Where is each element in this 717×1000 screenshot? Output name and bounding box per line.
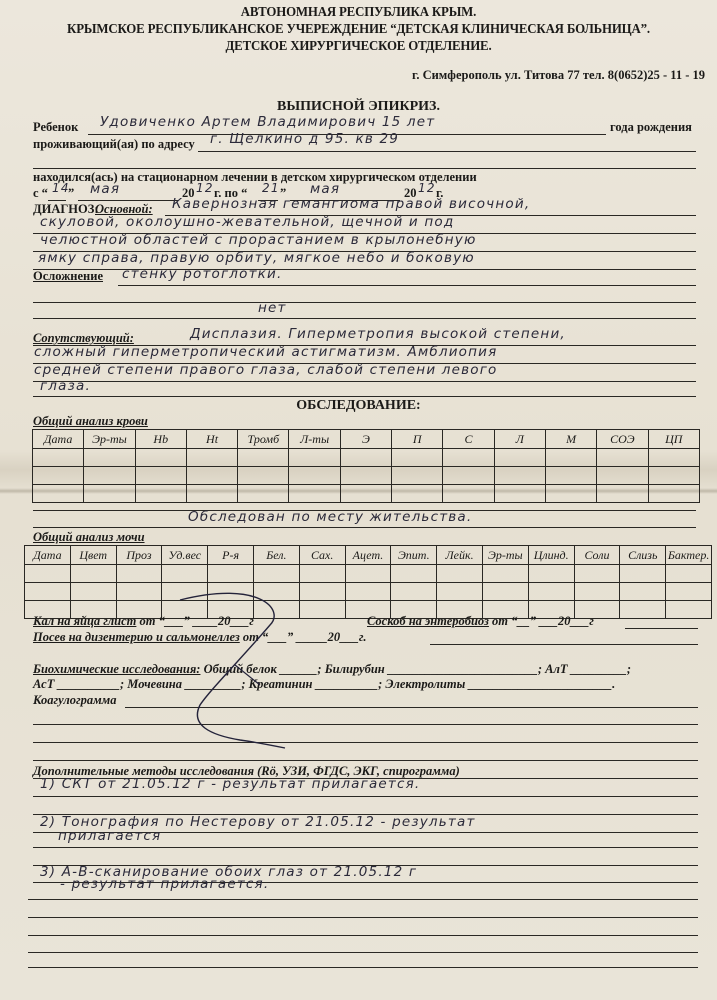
blood-cell[interactable] [135,485,186,503]
urine-col-header: Слизь [620,546,666,565]
biochem-row-1: Биохимические исследования: Общий белок … [33,662,631,677]
urine-cell[interactable] [299,565,345,583]
urine-col-header: Соли [574,546,620,565]
urine-col-header: Р-я [208,546,254,565]
culture-test[interactable]: Посев на дизентерию и сальмонеллез от “_… [33,630,366,645]
blood-col-header: СОЭ [597,430,648,449]
address-value[interactable]: г. Щелкино д 95. кв 29 [210,131,399,147]
blood-col-header: Ht [186,430,237,449]
blood-cell[interactable] [84,467,135,485]
blood-cell[interactable] [186,449,237,467]
urine-cell[interactable] [666,583,712,601]
blood-cell[interactable] [33,467,84,485]
urine-cell[interactable] [299,601,345,619]
urine-col-header: Проз [116,546,162,565]
urine-analysis-table: ДатаЦветПрозУд.весР-яБел.Сах.Ацет.Эпит.Л… [24,545,712,619]
urine-col-header: Эр-ты [482,546,528,565]
urine-col-header: Бел. [253,546,299,565]
urine-col-header: Дата [25,546,71,565]
stay-to-year[interactable]: 12 [418,181,436,195]
blood-cell[interactable] [392,467,443,485]
child-label: Ребенок [33,120,78,135]
blood-cell[interactable] [135,467,186,485]
address-line-2 [33,168,696,169]
complication-label: Осложнение [33,269,103,284]
document-title: ВЫПИСНОЙ ЭПИКРИЗ. [0,99,717,115]
blood-cell[interactable] [289,467,340,485]
urine-cell[interactable] [116,583,162,601]
blood-cell[interactable] [443,485,494,503]
blood-note[interactable]: Обследован по месту жительства. [188,509,472,525]
urine-cell[interactable] [116,565,162,583]
complication-value[interactable]: нет [258,300,287,316]
blood-cell[interactable] [238,449,289,467]
urine-cell[interactable] [620,583,666,601]
blood-cell[interactable] [84,485,135,503]
additional-line-1[interactable]: 1) СКТ от 21.05.12 г - результат прилага… [40,776,420,792]
blood-cell[interactable] [33,485,84,503]
blood-cell[interactable] [186,485,237,503]
address-label: проживающий(ая) по адресу [33,137,195,152]
scraping-test[interactable]: Соскоб на энтеробиоз от “__” ___20___г [367,614,594,629]
urine-cell[interactable] [299,583,345,601]
diagnosis-main-line-2[interactable]: скуловой, околоушно-жевательной, щечной … [40,214,454,230]
urine-cell[interactable] [574,583,620,601]
urine-cell[interactable] [574,565,620,583]
stay-from-prefix: с “ [33,186,48,201]
blood-analysis-table: ДатаЭр-тыHbHtТромбЛ-тыЭПСЛМСОЭЦП [32,429,700,503]
stay-from-year[interactable]: 12 [196,181,214,195]
blood-cell[interactable] [494,485,545,503]
blood-cell[interactable] [340,467,391,485]
hospital-address: г. Симферополь ул. Титова 77 тел. 8(0652… [412,68,705,83]
diagnosis-main-line-4[interactable]: ямку справа, правую орбиту, мягкое небо … [38,250,475,266]
blood-cell[interactable] [648,449,699,467]
blood-cell[interactable] [648,467,699,485]
additional-line-3[interactable]: прилагается [58,828,161,844]
blood-col-header: Hb [135,430,186,449]
blood-col-header: Тромб [238,430,289,449]
blood-cell[interactable] [392,449,443,467]
feces-test[interactable]: Кал на яйца глист от “___” ____20___г [33,614,254,629]
blood-cell[interactable] [494,449,545,467]
urine-cell[interactable] [253,583,299,601]
blood-cell[interactable] [597,467,648,485]
urine-cell[interactable] [666,601,712,619]
additional-line-5[interactable]: - результат прилагается. [60,876,269,892]
urine-cell[interactable] [70,565,116,583]
blood-cell[interactable] [494,467,545,485]
blood-col-header: Л [494,430,545,449]
urine-col-header: Ацет. [345,546,391,565]
urine-row [25,565,712,583]
blood-cell[interactable] [186,467,237,485]
complication-line-1[interactable]: стенку ротоглотки. [122,266,282,282]
urine-cell[interactable] [482,583,528,601]
address-line [198,151,696,152]
urine-col-header: Сах. [299,546,345,565]
blood-cell[interactable] [238,485,289,503]
urine-cell[interactable] [620,565,666,583]
blood-cell[interactable] [84,449,135,467]
urine-cell[interactable] [482,565,528,583]
urine-cell[interactable] [208,583,254,601]
header-line-2: КРЫМСКОЕ РЕСПУБЛИКАНСКОЕ УЧЕРЕЖДЕНИЕ “ДЕ… [29,22,689,38]
urine-cell[interactable] [528,565,574,583]
diagnosis-main-line-1[interactable]: Кавернозная гемангиома правой височной, [172,196,530,212]
urine-cell[interactable] [620,601,666,619]
blood-cell[interactable] [135,449,186,467]
exam-title: ОБСЛЕДОВАНИЕ: [0,398,717,414]
blood-col-header: Э [340,430,391,449]
urine-cell[interactable] [253,565,299,583]
blood-row [33,485,700,503]
blood-col-header: С [443,430,494,449]
concomitant-line-2[interactable]: сложный гиперметропический астигматизм. … [34,344,497,360]
urine-col-header: Бактер. [666,546,712,565]
urine-cell[interactable] [25,583,71,601]
urine-cell[interactable] [391,583,437,601]
urine-col-header: Цвет [70,546,116,565]
urine-cell[interactable] [70,583,116,601]
stay-to-month[interactable]: мая [310,181,340,197]
blood-col-header: Л-ты [289,430,340,449]
urine-cell[interactable] [162,583,208,601]
blood-cell[interactable] [33,449,84,467]
diagnosis-main-line-3[interactable]: челюстной областей с прорастанием в крыл… [40,232,477,248]
blood-cell[interactable] [545,485,596,503]
urine-col-header: Цлинд. [528,546,574,565]
blood-cell[interactable] [238,467,289,485]
urine-cell[interactable] [391,565,437,583]
blood-cell[interactable] [545,449,596,467]
blood-row [33,467,700,485]
urine-cell[interactable] [345,583,391,601]
urine-cell[interactable] [345,565,391,583]
urine-cell[interactable] [162,565,208,583]
header-line-1: АВТОНОМНАЯ РЕСПУБЛИКА КРЫМ. [29,5,689,21]
urine-cell[interactable] [437,583,483,601]
urine-cell[interactable] [437,565,483,583]
urine-row [25,583,712,601]
coagulogram-label: Коагулограмма [33,693,116,708]
concomitant-line-1[interactable]: Дисплазия. Гиперметропия высокой степени… [190,326,566,342]
child-name-value[interactable]: Удовиченко Артем Владимирович 15 лет [100,114,435,130]
blood-cell[interactable] [340,449,391,467]
blood-col-header: П [392,430,443,449]
blood-analysis-title: Общий анализ крови [33,414,148,429]
blood-cell[interactable] [597,485,648,503]
urine-cell[interactable] [253,601,299,619]
blood-col-header: М [545,430,596,449]
urine-cell[interactable] [666,565,712,583]
urine-cell[interactable] [528,583,574,601]
urine-col-header: Лейк. [437,546,483,565]
blood-cell[interactable] [289,449,340,467]
concomitant-line-4[interactable]: глаза. [40,378,91,394]
biochem-row-2: АсТ __________; Мочевина _________; Креа… [33,677,615,692]
blood-cell[interactable] [648,485,699,503]
birth-year-label: года рождения [610,120,692,135]
urine-col-header: Уд.вес [162,546,208,565]
header-line-3: ДЕТСКОЕ ХИРУРГИЧЕСКОЕ ОТДЕЛЕНИЕ. [29,39,689,55]
stay-to-day[interactable]: 21 [262,181,280,195]
blood-cell[interactable] [545,467,596,485]
discharge-summary-page: АВТОНОМНАЯ РЕСПУБЛИКА КРЫМ. КРЫМСКОЕ РЕС… [0,0,717,1000]
urine-cell[interactable] [208,565,254,583]
blood-cell[interactable] [443,467,494,485]
stay-from-month[interactable]: мая [90,181,120,197]
blood-col-header: Дата [33,430,84,449]
blood-cell[interactable] [392,485,443,503]
blood-col-header: Эр-ты [84,430,135,449]
blood-cell[interactable] [340,485,391,503]
blood-row [33,449,700,467]
blood-cell[interactable] [597,449,648,467]
concomitant-line-3[interactable]: средней степени правого глаза, слабой ст… [34,362,498,378]
urine-cell[interactable] [25,565,71,583]
urine-analysis-title: Общий анализ мочи [33,530,145,545]
urine-col-header: Эпит. [391,546,437,565]
blood-col-header: ЦП [648,430,699,449]
blood-cell[interactable] [443,449,494,467]
blood-cell[interactable] [289,485,340,503]
